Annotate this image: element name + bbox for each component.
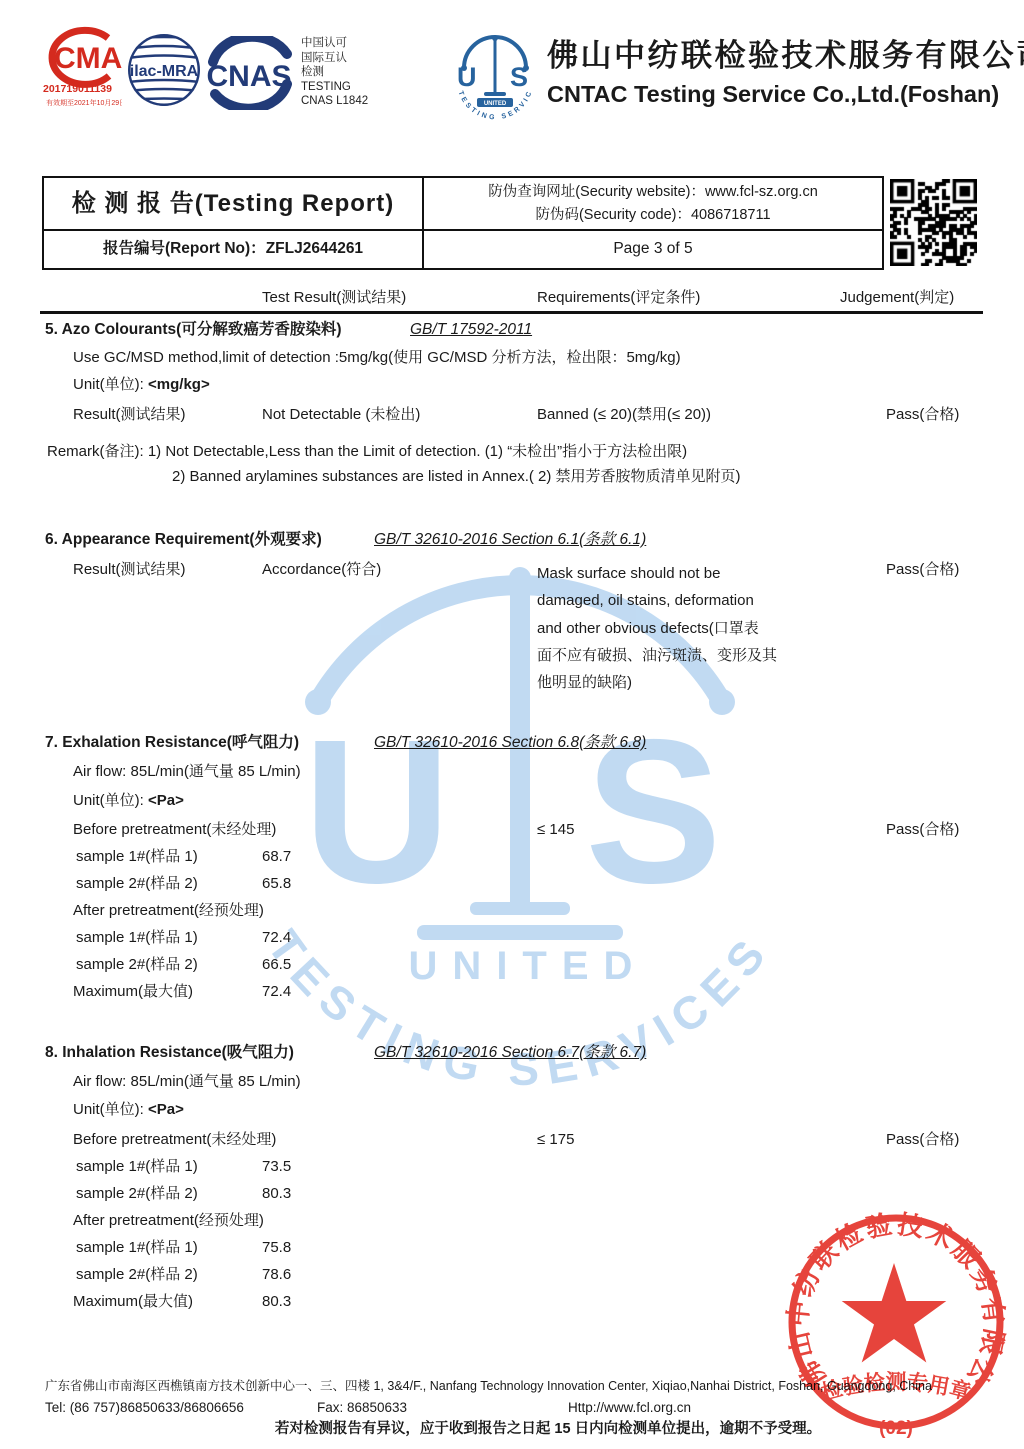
cnas-line-1: 中国认可	[301, 36, 368, 51]
unit-label: Unit(单位):	[73, 1101, 148, 1118]
section6-result-value: Accordance(符合)	[262, 560, 381, 580]
report-info-table: 检 测 报 告(Testing Report) 报告编号(Report No)：…	[42, 176, 884, 270]
section8-before-label: Before pretreatment(未经处理)	[73, 1130, 276, 1150]
sample-row-value: 78.6	[262, 1265, 291, 1285]
section8-judgement: Pass(合格)	[886, 1130, 959, 1150]
sample-row-value: 68.7	[262, 847, 291, 867]
section8-requirement: ≤ 175	[537, 1130, 574, 1150]
column-header-judgement: Judgement(判定)	[840, 288, 954, 308]
report-no-value: ZFLJ2644261	[266, 239, 363, 259]
section7-title: 7. Exhalation Resistance(呼气阻力)	[45, 733, 299, 753]
section6-judgement: Pass(合格)	[886, 560, 959, 580]
sample-row-value: 73.5	[262, 1157, 291, 1177]
sample-row-label: sample 1#(样品 1)	[76, 847, 198, 867]
unit-value: <mg/kg>	[148, 376, 210, 393]
report-title-cell: 检 测 报 告(Testing Report)	[44, 178, 422, 229]
footer-tel: Tel: (86 757)86850633/86806656	[45, 1398, 244, 1418]
unit-label: Unit(单位):	[73, 376, 148, 393]
header-rule	[40, 311, 983, 314]
section5-requirement: Banned (≤ 20)(禁用(≤ 20))	[537, 405, 711, 425]
column-header-requirements: Requirements(评定条件)	[537, 288, 700, 308]
sample-row-value: 75.8	[262, 1238, 291, 1258]
unit-label: Unit(单位):	[73, 792, 148, 809]
sample-row-value: 80.3	[262, 1184, 291, 1204]
cma-logo: CMA 201719011139 有效期至2021年10月29日	[42, 26, 122, 126]
cma-number: 201719011139	[43, 83, 112, 95]
report-no-label: 报告编号(Report No)：	[103, 239, 266, 259]
footer-web: Http://www.fcl.org.cn	[568, 1398, 691, 1418]
sample-row-value: 72.4	[262, 982, 291, 1002]
ilac-mra-logo: ilac-MRA	[126, 32, 202, 112]
page-info: Page 3 of 5	[613, 239, 692, 259]
uts-logo: U S UNITED TESTING SERVICES	[453, 28, 537, 122]
section5-title: 5. Azo Colourants(可分解致癌芳香胺染料)	[45, 320, 342, 340]
requirement-line: and other obvious defects(口罩表	[537, 615, 777, 642]
cma-label: CMA	[54, 42, 122, 75]
report-title: 检 测 报 告(Testing Report)	[72, 194, 395, 214]
sample-row-label: sample 1#(样品 1)	[76, 1238, 198, 1258]
sample-row-value: 66.5	[262, 955, 291, 975]
section7-unit: Unit(单位): <Pa>	[73, 791, 184, 811]
section6-title: 6. Appearance Requirement(外观要求)	[45, 530, 322, 550]
cma-validity: 有效期至2021年10月29日	[46, 98, 122, 107]
requirement-line: Mask surface should not be	[537, 560, 777, 587]
requirement-line: damaged, oil stains, deformation	[537, 587, 777, 614]
report-no-cell: 报告编号(Report No)：ZFLJ2644261	[44, 231, 422, 266]
requirement-line: 他明显的缺陷)	[537, 669, 777, 696]
sample-row-label: sample 2#(样品 2)	[76, 874, 198, 894]
cnas-line-5: CNAS L1842	[301, 94, 368, 109]
section7-airflow: Air flow: 85L/min(通气量 85 L/min)	[73, 762, 301, 782]
section7-judgement: Pass(合格)	[886, 820, 959, 840]
sample-row-label: After pretreatment(经预处理)	[73, 1211, 264, 1231]
uts-letter-u: U	[457, 62, 477, 92]
sample-row-label: sample 2#(样品 2)	[76, 955, 198, 975]
requirement-line: 面不应有破损、油污斑渍、变形及其	[537, 642, 777, 669]
security-website: 防伪查询网址(Security website)：www.fcl-sz.org.…	[488, 181, 818, 204]
section7-requirement: ≤ 145	[537, 820, 574, 840]
column-header-test-result: Test Result(测试结果)	[262, 288, 406, 308]
section7-standard: GB/T 32610-2016 Section 6.8(条款 6.8)	[374, 733, 646, 753]
sample-row-label: Maximum(最大值)	[73, 982, 193, 1002]
uts-united-text: UNITED	[484, 101, 507, 107]
footer-address: 广东省佛山市南海区西樵镇南方技术创新中心一、三、四楼 1, 3&4/F., Na…	[45, 1378, 932, 1394]
page-info-cell: Page 3 of 5	[424, 231, 882, 266]
section8-standard: GB/T 32610-2016 Section 6.7(条款 6.7)	[374, 1043, 646, 1063]
cnas-label: CNAS	[206, 60, 291, 93]
sample-row-label: Maximum(最大值)	[73, 1292, 193, 1312]
cnas-accreditation-text: 中国认可 国际互认 检测 TESTING CNAS L1842	[301, 36, 368, 109]
cnas-arc-top	[213, 37, 287, 62]
cnas-logo: CNAS	[203, 36, 295, 110]
unit-value: <Pa>	[148, 1101, 184, 1118]
section6-requirement: Mask surface should not be damaged, oil …	[537, 560, 777, 696]
testing-report-page: U S UNITED TESTING SERVICES CMA 20171901…	[0, 0, 1024, 1449]
section8-title: 8. Inhalation Resistance(吸气阻力)	[45, 1043, 294, 1063]
sample-row-label: sample 1#(样品 1)	[76, 1157, 198, 1177]
section8-airflow: Air flow: 85L/min(通气量 85 L/min)	[73, 1072, 301, 1092]
section5-unit: Unit(单位): <mg/kg>	[73, 375, 210, 395]
footer-fax: Fax: 86850633	[317, 1398, 407, 1418]
qr-code	[890, 179, 977, 266]
company-name-en: CNTAC Testing Service Co.,Ltd.(Foshan)	[547, 80, 999, 108]
sample-row-label: sample 2#(样品 2)	[76, 1184, 198, 1204]
sample-row-value: 72.4	[262, 928, 291, 948]
ilac-mra-label: ilac-MRA	[130, 63, 199, 80]
footer-notice: 若对检测报告有异议，应于收到报告之日起 15 日内向检测单位提出，逾期不予受理。	[100, 1419, 996, 1439]
section5-standard: GB/T 17592-2011	[410, 320, 532, 340]
section5-method: Use GC/MSD method,limit of detection :5m…	[73, 348, 681, 368]
security-code: 防伪码(Security code)：4086718711	[535, 204, 770, 227]
sample-row-value: 80.3	[262, 1292, 291, 1312]
section8-unit: Unit(单位): <Pa>	[73, 1100, 184, 1120]
section5-remark-2: 2) Banned arylamines substances are list…	[172, 467, 741, 487]
section5-remark-1: Remark(备注): 1) Not Detectable,Less than …	[47, 442, 687, 462]
cnas-line-3: 检测	[301, 65, 368, 80]
section5-judgement: Pass(合格)	[886, 405, 959, 425]
cnas-line-2: 国际互认	[301, 51, 368, 66]
sample-row-label: After pretreatment(经预处理)	[73, 901, 264, 921]
uts-letter-s: S	[510, 62, 528, 92]
section6-standard: GB/T 32610-2016 Section 6.1(条款 6.1)	[374, 530, 646, 550]
section5-result-value: Not Detectable (未检出)	[262, 405, 420, 425]
unit-value: <Pa>	[148, 792, 184, 809]
section7-before-label: Before pretreatment(未经处理)	[73, 820, 276, 840]
section5-result-label: Result(测试结果)	[73, 405, 186, 425]
sample-row-label: sample 2#(样品 2)	[76, 1265, 198, 1285]
company-name-cn: 佛山中纺联检验技术服务有限公司	[547, 38, 1024, 74]
security-cell: 防伪查询网址(Security website)：www.fcl-sz.org.…	[424, 178, 882, 229]
sample-row-label: sample 1#(样品 1)	[76, 928, 198, 948]
sample-row-value: 65.8	[262, 874, 291, 894]
cnas-line-4: TESTING	[301, 80, 368, 95]
section6-result-label: Result(测试结果)	[73, 560, 186, 580]
